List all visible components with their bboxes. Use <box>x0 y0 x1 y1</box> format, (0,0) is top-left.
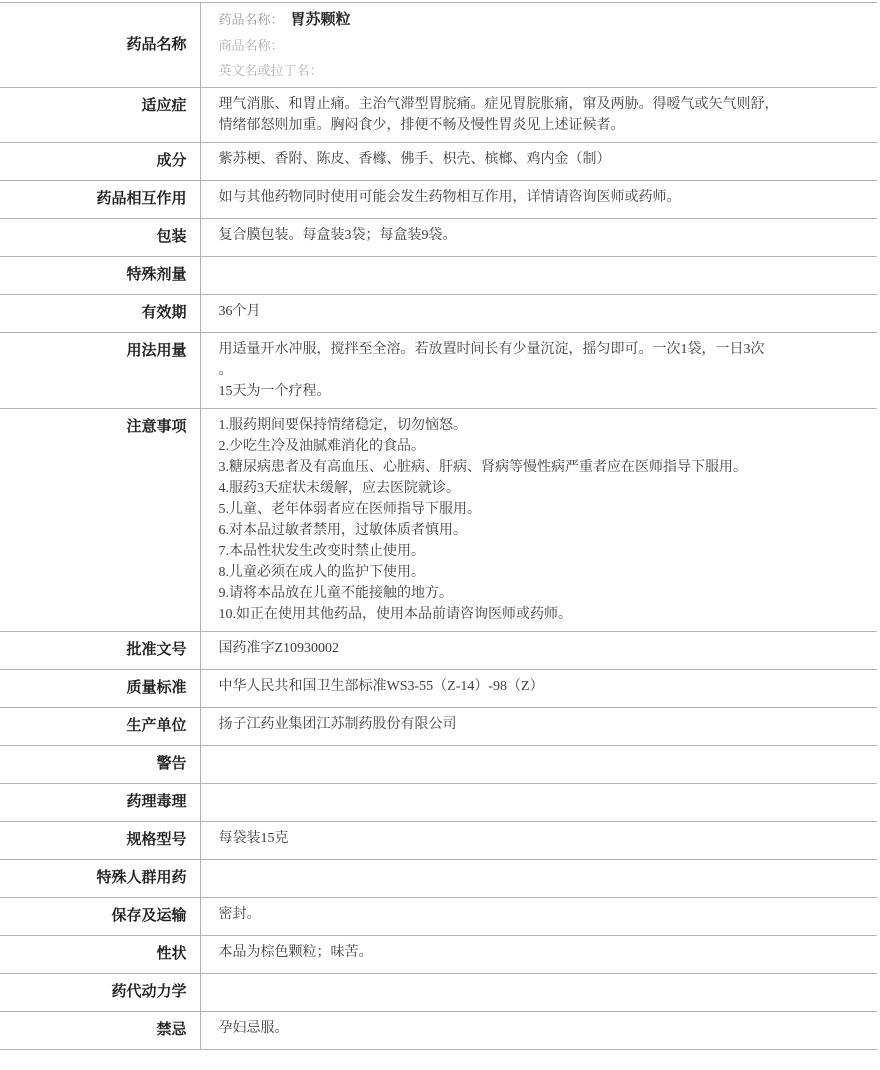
row-label: 警告 <box>0 746 200 784</box>
row-value <box>200 257 877 295</box>
row-label: 药代动力学 <box>0 974 200 1012</box>
table-row: 生产单位 扬子江药业集团江苏制药股份有限公司 <box>0 708 877 746</box>
drug-info-page: 药品名称 药品名称：胃苏颗粒 商品名称： 英文名或拉丁名： 适应症 理气消胀、和… <box>0 0 880 1070</box>
table-row: 包装 复合膜包装。每盒装3袋；每盒装9袋。 <box>0 219 877 257</box>
drug-name-field-line: 药品名称：胃苏颗粒 <box>219 7 783 33</box>
row-label: 保存及运输 <box>0 898 200 936</box>
row-value: 理气消胀、和胃止痛。主治气滞型胃脘痛。症见胃脘胀痛，窜及两胁。得嗳气或矢气则舒，… <box>200 88 877 143</box>
table-row: 药理毒理 <box>0 784 877 822</box>
row-label: 包装 <box>0 219 200 257</box>
row-value: 药品名称：胃苏颗粒 商品名称： 英文名或拉丁名： <box>200 3 877 88</box>
row-value: 国药准字Z10930002 <box>200 632 877 670</box>
row-label: 药理毒理 <box>0 784 200 822</box>
row-label: 性状 <box>0 936 200 974</box>
row-label: 生产单位 <box>0 708 200 746</box>
row-label: 特殊剂量 <box>0 257 200 295</box>
field-label: 商品名称： <box>219 38 284 53</box>
row-label: 规格型号 <box>0 822 200 860</box>
table-row: 批准文号 国药准字Z10930002 <box>0 632 877 670</box>
table-row: 特殊剂量 <box>0 257 877 295</box>
table-row: 警告 <box>0 746 877 784</box>
row-label: 有效期 <box>0 295 200 333</box>
row-value <box>200 746 877 784</box>
row-label: 药品相互作用 <box>0 181 200 219</box>
row-value: 1.服药期间要保持情绪稳定，切勿恼怒。 2.少吃生冷及油腻难消化的食品。 3.糖… <box>200 409 877 632</box>
table-row: 药品相互作用 如与其他药物同时使用可能会发生药物相互作用，详情请咨询医师或药师。 <box>0 181 877 219</box>
row-label: 特殊人群用药 <box>0 860 200 898</box>
row-label: 成分 <box>0 143 200 181</box>
row-value: 密封。 <box>200 898 877 936</box>
field-label: 药品名称： <box>219 12 284 27</box>
table-row: 用法用量 用适量开水冲服，搅拌至全溶。若放置时间长有少量沉淀，摇匀即可。一次1袋… <box>0 333 877 409</box>
drug-info-table: 药品名称 药品名称：胃苏颗粒 商品名称： 英文名或拉丁名： 适应症 理气消胀、和… <box>0 2 877 1050</box>
table-row: 适应症 理气消胀、和胃止痛。主治气滞型胃脘痛。症见胃脘胀痛，窜及两胁。得嗳气或矢… <box>0 88 877 143</box>
table-row: 药代动力学 <box>0 974 877 1012</box>
row-value <box>200 974 877 1012</box>
drug-name-field-line: 商品名称： <box>219 33 783 58</box>
table-row: 注意事项 1.服药期间要保持情绪稳定，切勿恼怒。 2.少吃生冷及油腻难消化的食品… <box>0 409 877 632</box>
row-value <box>200 860 877 898</box>
table-body: 药品名称 药品名称：胃苏颗粒 商品名称： 英文名或拉丁名： 适应症 理气消胀、和… <box>0 3 877 1050</box>
table-row: 成分 紫苏梗、香附、陈皮、香橼、佛手、枳壳、槟榔、鸡内金（制） <box>0 143 877 181</box>
field-value: 胃苏颗粒 <box>291 12 351 28</box>
table-row: 禁忌 孕妇忌服。 <box>0 1012 877 1050</box>
row-value: 36个月 <box>200 295 877 333</box>
row-value: 紫苏梗、香附、陈皮、香橼、佛手、枳壳、槟榔、鸡内金（制） <box>200 143 877 181</box>
row-value: 复合膜包装。每盒装3袋；每盒装9袋。 <box>200 219 877 257</box>
row-value: 中华人民共和国卫生部标准WS3-55（Z-14）-98（Z） <box>200 670 877 708</box>
table-row: 规格型号 每袋装15克 <box>0 822 877 860</box>
row-value: 如与其他药物同时使用可能会发生药物相互作用，详情请咨询医师或药师。 <box>200 181 877 219</box>
field-label: 英文名或拉丁名： <box>219 63 323 78</box>
table-row: 有效期 36个月 <box>0 295 877 333</box>
row-value: 每袋装15克 <box>200 822 877 860</box>
table-row-drug-name: 药品名称 药品名称：胃苏颗粒 商品名称： 英文名或拉丁名： <box>0 3 877 88</box>
row-value: 扬子江药业集团江苏制药股份有限公司 <box>200 708 877 746</box>
row-label: 用法用量 <box>0 333 200 409</box>
row-value: 用适量开水冲服，搅拌至全溶。若放置时间长有少量沉淀，摇匀即可。一次1袋，一日3次… <box>200 333 877 409</box>
row-label: 适应症 <box>0 88 200 143</box>
table-row: 质量标准 中华人民共和国卫生部标准WS3-55（Z-14）-98（Z） <box>0 670 877 708</box>
table-row: 保存及运输 密封。 <box>0 898 877 936</box>
row-value <box>200 784 877 822</box>
row-label: 药品名称 <box>0 3 200 88</box>
row-label: 注意事项 <box>0 409 200 632</box>
drug-name-fields: 药品名称：胃苏颗粒 商品名称： 英文名或拉丁名： <box>219 7 783 83</box>
table-row: 特殊人群用药 <box>0 860 877 898</box>
row-label: 禁忌 <box>0 1012 200 1050</box>
table-row: 性状 本品为棕色颗粒；味苦。 <box>0 936 877 974</box>
row-label: 质量标准 <box>0 670 200 708</box>
drug-name-field-line: 英文名或拉丁名： <box>219 58 783 83</box>
row-value: 本品为棕色颗粒；味苦。 <box>200 936 877 974</box>
row-label: 批准文号 <box>0 632 200 670</box>
row-value: 孕妇忌服。 <box>200 1012 877 1050</box>
